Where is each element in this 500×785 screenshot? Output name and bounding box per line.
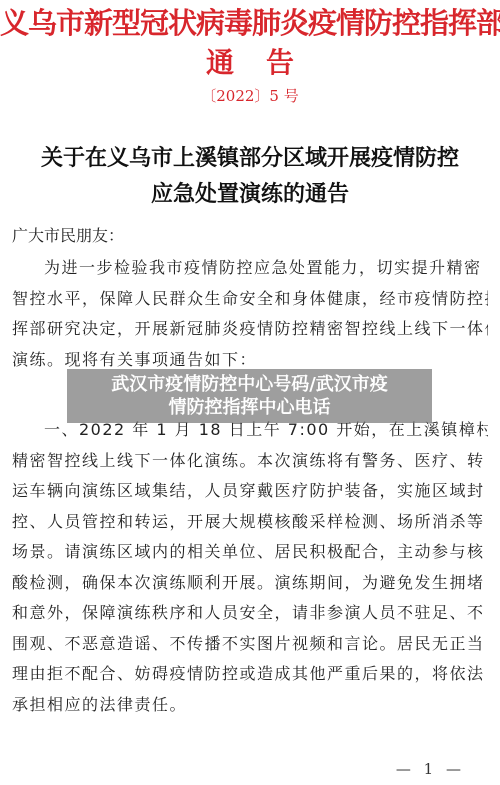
text-line: 智控水平，保障人民群众生命安全和身体健康，经市疫情防控指: [12, 289, 488, 320]
text-line: 为进一步检验我市疫情防控应急处置能力，切实提升精密: [12, 258, 488, 289]
text-line: 运车辆向演练区域集结，人员穿戴医疗防护装备，实施区域封: [12, 481, 488, 512]
text-line: 精密智控线上线下一体化演练。本次演练将有警务、医疗、转: [12, 451, 488, 482]
text-line: 承担相应的法律责任。: [12, 695, 488, 726]
text-line: 挥部研究决定，开展新冠肺炎疫情防控精密智控线上线下一体化: [12, 319, 488, 350]
organization-title: 义乌市新型冠状病毒肺炎疫情防控指挥部: [0, 6, 500, 40]
subject-line: 关于在义乌市上溪镇部分区域开展疫情防控: [0, 140, 500, 176]
headline-overlay-banner[interactable]: 武汉市疫情防控中心号码/武汉市疫 情防控指挥中心电话: [67, 369, 432, 423]
text-line: 酸检测，确保本次演练顺利开展。演练期间，为避免发生拥堵: [12, 573, 488, 604]
overlay-headline-line: 武汉市疫情防控中心号码/武汉市疫: [67, 373, 432, 396]
paragraph-intro: 为进一步检验我市疫情防控应急处置能力，切实提升精密 智控水平，保障人民群众生命安…: [12, 258, 488, 380]
notice-type-title: 通告: [0, 46, 500, 80]
overlay-headline-line: 情防控指挥中心电话: [67, 396, 432, 419]
text-line: 围观、不恶意造谣、不传播不实图片视频和言论。居民无正当: [12, 634, 488, 665]
text-line: 控、人员管控和转运，开展大规模核酸采样检测、场所消杀等: [12, 512, 488, 543]
subject-line: 应急处置演练的通告: [0, 176, 500, 212]
document-number: 〔2022〕5 号: [0, 86, 500, 106]
paragraph-item-one: 一、2022 年 1 月 18 日上午 7:00 开始，在上溪镇樟村开展 精密智…: [12, 420, 488, 725]
salutation: 广大市民朋友：: [12, 226, 124, 246]
text-line: 理由拒不配合、妨碍疫情防控或造成其他严重后果的，将依法: [12, 664, 488, 695]
text-line: 一、2022 年 1 月 18 日上午 7:00 开始，在上溪镇樟村开展: [12, 420, 488, 451]
page-number: — 1 —: [396, 760, 465, 778]
text-line: 和意外，保障演练秩序和人员安全，请非参演人员不驻足、不: [12, 603, 488, 634]
document-page: 义乌市新型冠状病毒肺炎疫情防控指挥部 通告 〔2022〕5 号 关于在义乌市上溪…: [0, 0, 500, 785]
notice-subject: 关于在义乌市上溪镇部分区域开展疫情防控 应急处置演练的通告: [0, 140, 500, 212]
text-line: 场景。请演练区域内的相关单位、居民积极配合，主动参与核: [12, 542, 488, 573]
